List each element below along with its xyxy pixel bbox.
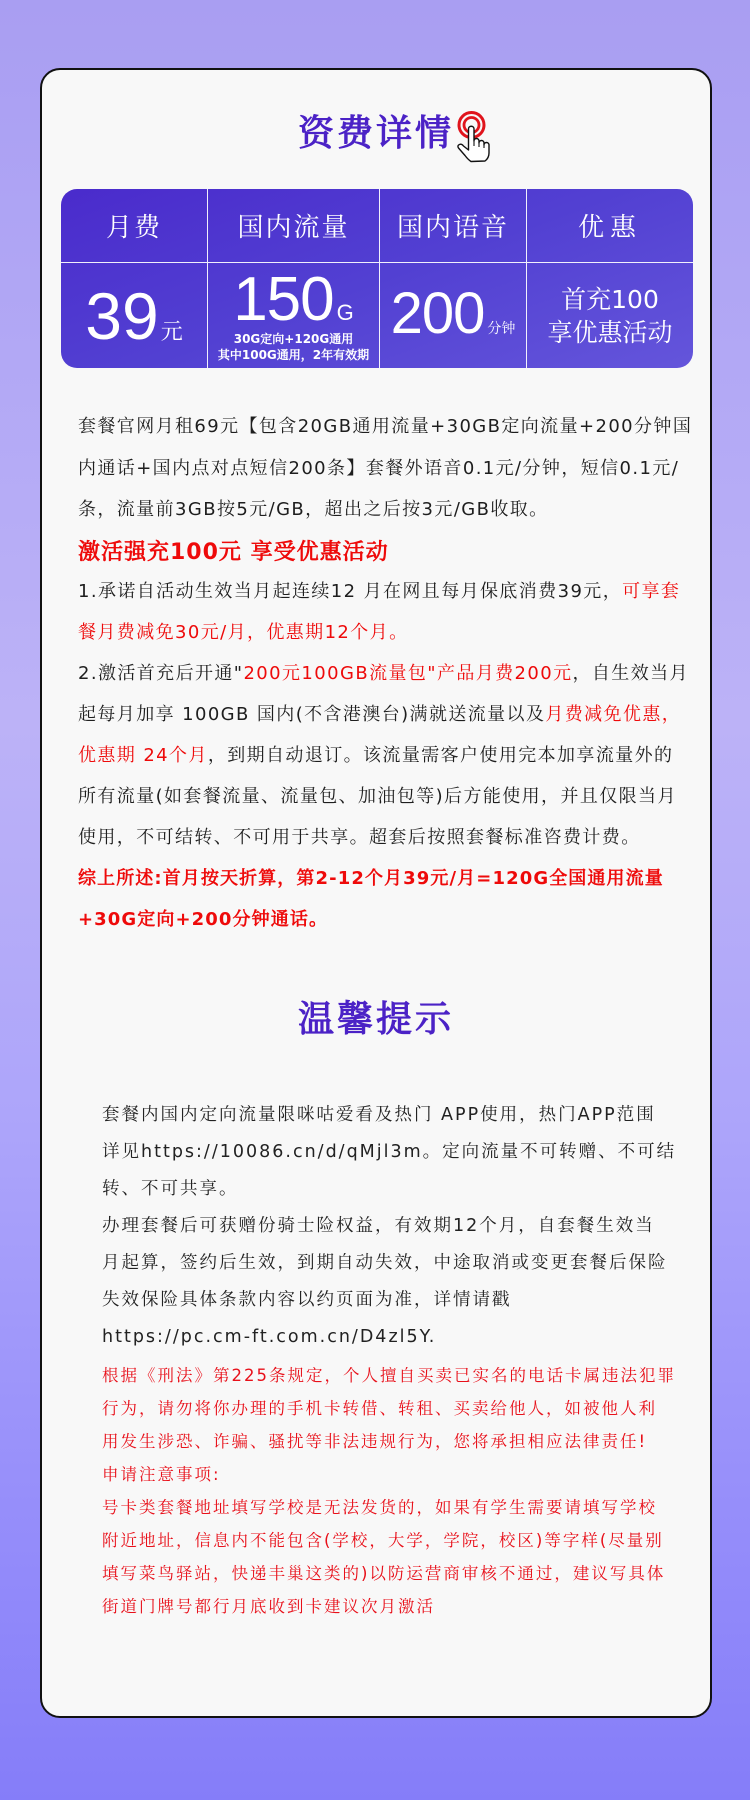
voice-value: 200 [391,285,485,343]
tips-line: 办理套餐后可获赠份骑士险权益，有效期12个月，自套餐生效当 [102,1208,676,1245]
promotion-line: 享优惠活动 [547,316,672,349]
table-header-domestic-voice: 国内语音 [380,189,527,263]
monthly-fee-unit: 元 [161,315,183,346]
warning-line: 街道门牌号都行月底收到卡建议次月激活 [102,1590,676,1623]
monthly-fee-value: 39 [85,283,158,349]
tips-line: 详见https://10086.cn/d/qMjl3m。定向流量不可转赠、不可结 [102,1134,676,1171]
plan-summary-table: 月费 国内流量 国内语音 优惠 39 元 150 G 30G定向+120G通用 … [61,189,693,368]
table-header-monthly-fee: 月费 [61,189,208,263]
voice-unit: 分钟 [487,318,515,338]
text-segment: ，自生效当月 [573,663,689,684]
data-amount: 150 G [233,269,354,331]
paragraph-line: 条，流量前3GB按5元/GB，超出之后按3元/GB收取。 [78,489,692,531]
plan-info-card: 资费详情 月费 国内流量 国内语音 优惠 39 元 150 G 30G定向+12… [40,68,712,1718]
domestic-data-cell: 150 G 30G定向+120G通用 其中100G通用，2年有效期 [208,263,380,368]
monthly-fee-cell: 39 元 [61,263,208,368]
summary-line: 综上所述:首月按天折算，第2-12个月39元/月=120G全国通用流量 [78,858,664,899]
promo-heading: 激活强充100元 享受优惠活动 [78,533,389,573]
plan-summary-text: 综上所述:首月按天折算，第2-12个月39元/月=120G全国通用流量 +30G… [78,858,664,940]
list-line: 优惠期 24个月，到期自动退订。该流量需客户使用完本加享流量外的 [78,735,689,776]
text-segment: 所有流量(如套餐流量、流量包、加油包等)后方能使用，并且仅限当月 [78,786,677,807]
text-segment: ，到期自动退订。该流量需客户使用完本加享流量外的 [208,745,674,766]
highlighted-text: 200元100GB流量包"产品月费200元 [243,663,572,684]
highlighted-text: 优惠期 24个月 [78,745,208,766]
tips-paragraph: 套餐内国内定向流量限咪咕爱看及热门 APP使用，热门APP范围 详见https:… [102,1097,676,1356]
table-header-promotion: 优惠 [527,189,693,263]
highlighted-text: 月费减免优惠， [545,704,681,725]
warning-line: 根据《刑法》第225条规定，个人擅自买卖已实名的电话卡属违法犯罪 [102,1359,676,1392]
highlighted-text: 可享套 [622,581,680,602]
paragraph-line: 内通话+国内点对点短信200条】套餐外语音0.1元/分钟，短信0.1元/ [78,448,692,490]
warning-line: 附近地址，信息内不能包含(学校，大学，学院，校区)等字样(尽量别 [102,1524,676,1557]
warning-line: 填写菜鸟驿站，快递丰巢这类的)以防运营商审核不通过，建议写具体 [102,1557,676,1590]
plan-intro-paragraph: 套餐官网月租69元【包含20GB通用流量+30GB定向流量+200分钟国 内通话… [78,406,692,531]
legal-warning-paragraph: 根据《刑法》第225条规定，个人擅自买卖已实名的电话卡属违法犯罪 行为，请勿将你… [102,1359,676,1623]
data-unit: G [337,300,354,326]
domestic-voice-cell: 200 分钟 [380,263,527,368]
text-segment: 2.激活首充后开通" [78,663,243,684]
tips-url-line: https://pc.cm-ft.com.cn/D4zl5Y. [102,1319,676,1356]
tips-line: 失效保险具体条款内容以约页面为准，详情请戳 [102,1282,676,1319]
tips-line: 套餐内国内定向流量限咪咕爱看及热门 APP使用，热门APP范围 [102,1097,676,1134]
list-line: 起每月加享 100GB 国内(不含港澳台)满就送流量以及月费减免优惠， [78,694,689,735]
list-line: 使用，不可结转、不可用于共享。超套后按照套餐标准咨费计费。 [78,817,689,858]
text-segment: 1.承诺自活动生效当月起连续12 月在网且每月保底消费39元， [78,581,622,602]
list-line: 所有流量(如套餐流量、流量包、加油包等)后方能使用，并且仅限当月 [78,776,689,817]
page-title: 资费详情 [298,113,454,155]
tips-title: 温馨提示 [42,999,710,1041]
data-value: 150 [233,269,333,331]
data-note: 其中100G通用，2年有效期 [218,347,369,363]
list-line: 2.激活首充后开通"200元100GB流量包"产品月费200元，自生效当月 [78,653,689,694]
tips-line: 转、不可共享。 [102,1171,676,1208]
warning-line: 号卡类套餐地址填写学校是无法发货的，如果有学生需要请填写学校 [102,1491,676,1524]
promo-terms-list: 1.承诺自活动生效当月起连续12 月在网且每月保底消费39元，可享套 餐月费减免… [78,571,689,859]
pointing-hand-click-icon [450,110,496,164]
paragraph-line: 套餐官网月租69元【包含20GB通用流量+30GB定向流量+200分钟国 [78,406,692,448]
list-line: 餐月费减免30元/月，优惠期12个月。 [78,612,689,653]
text-segment: 起每月加享 100GB 国内(不含港澳台)满就送流量以及 [78,704,545,725]
text-segment: 使用，不可结转、不可用于共享。超套后按照套餐标准咨费计费。 [78,827,641,848]
tips-line: 月起算，签约后生效，到期自动失效，中途取消或变更套餐后保险 [102,1245,676,1282]
promotion-cell: 首充100 享优惠活动 [527,263,693,368]
promotion-line: 首充100 [561,283,659,316]
summary-line: +30G定向+200分钟通话。 [78,899,664,940]
data-note: 30G定向+120G通用 [234,331,354,347]
list-line: 1.承诺自活动生效当月起连续12 月在网且每月保底消费39元，可享套 [78,571,689,612]
application-notes-heading: 申请注意事项: [102,1458,676,1491]
warning-line: 行为，请勿将你办理的手机卡转借、转租、买卖给他人，如被他人利 [102,1392,676,1425]
table-header-domestic-data: 国内流量 [208,189,380,263]
warning-line: 用发生涉恐、诈骗、骚扰等非法违规行为，您将承担相应法律责任! [102,1425,676,1458]
highlighted-text: 餐月费减免30元/月，优惠期12个月。 [78,622,408,643]
